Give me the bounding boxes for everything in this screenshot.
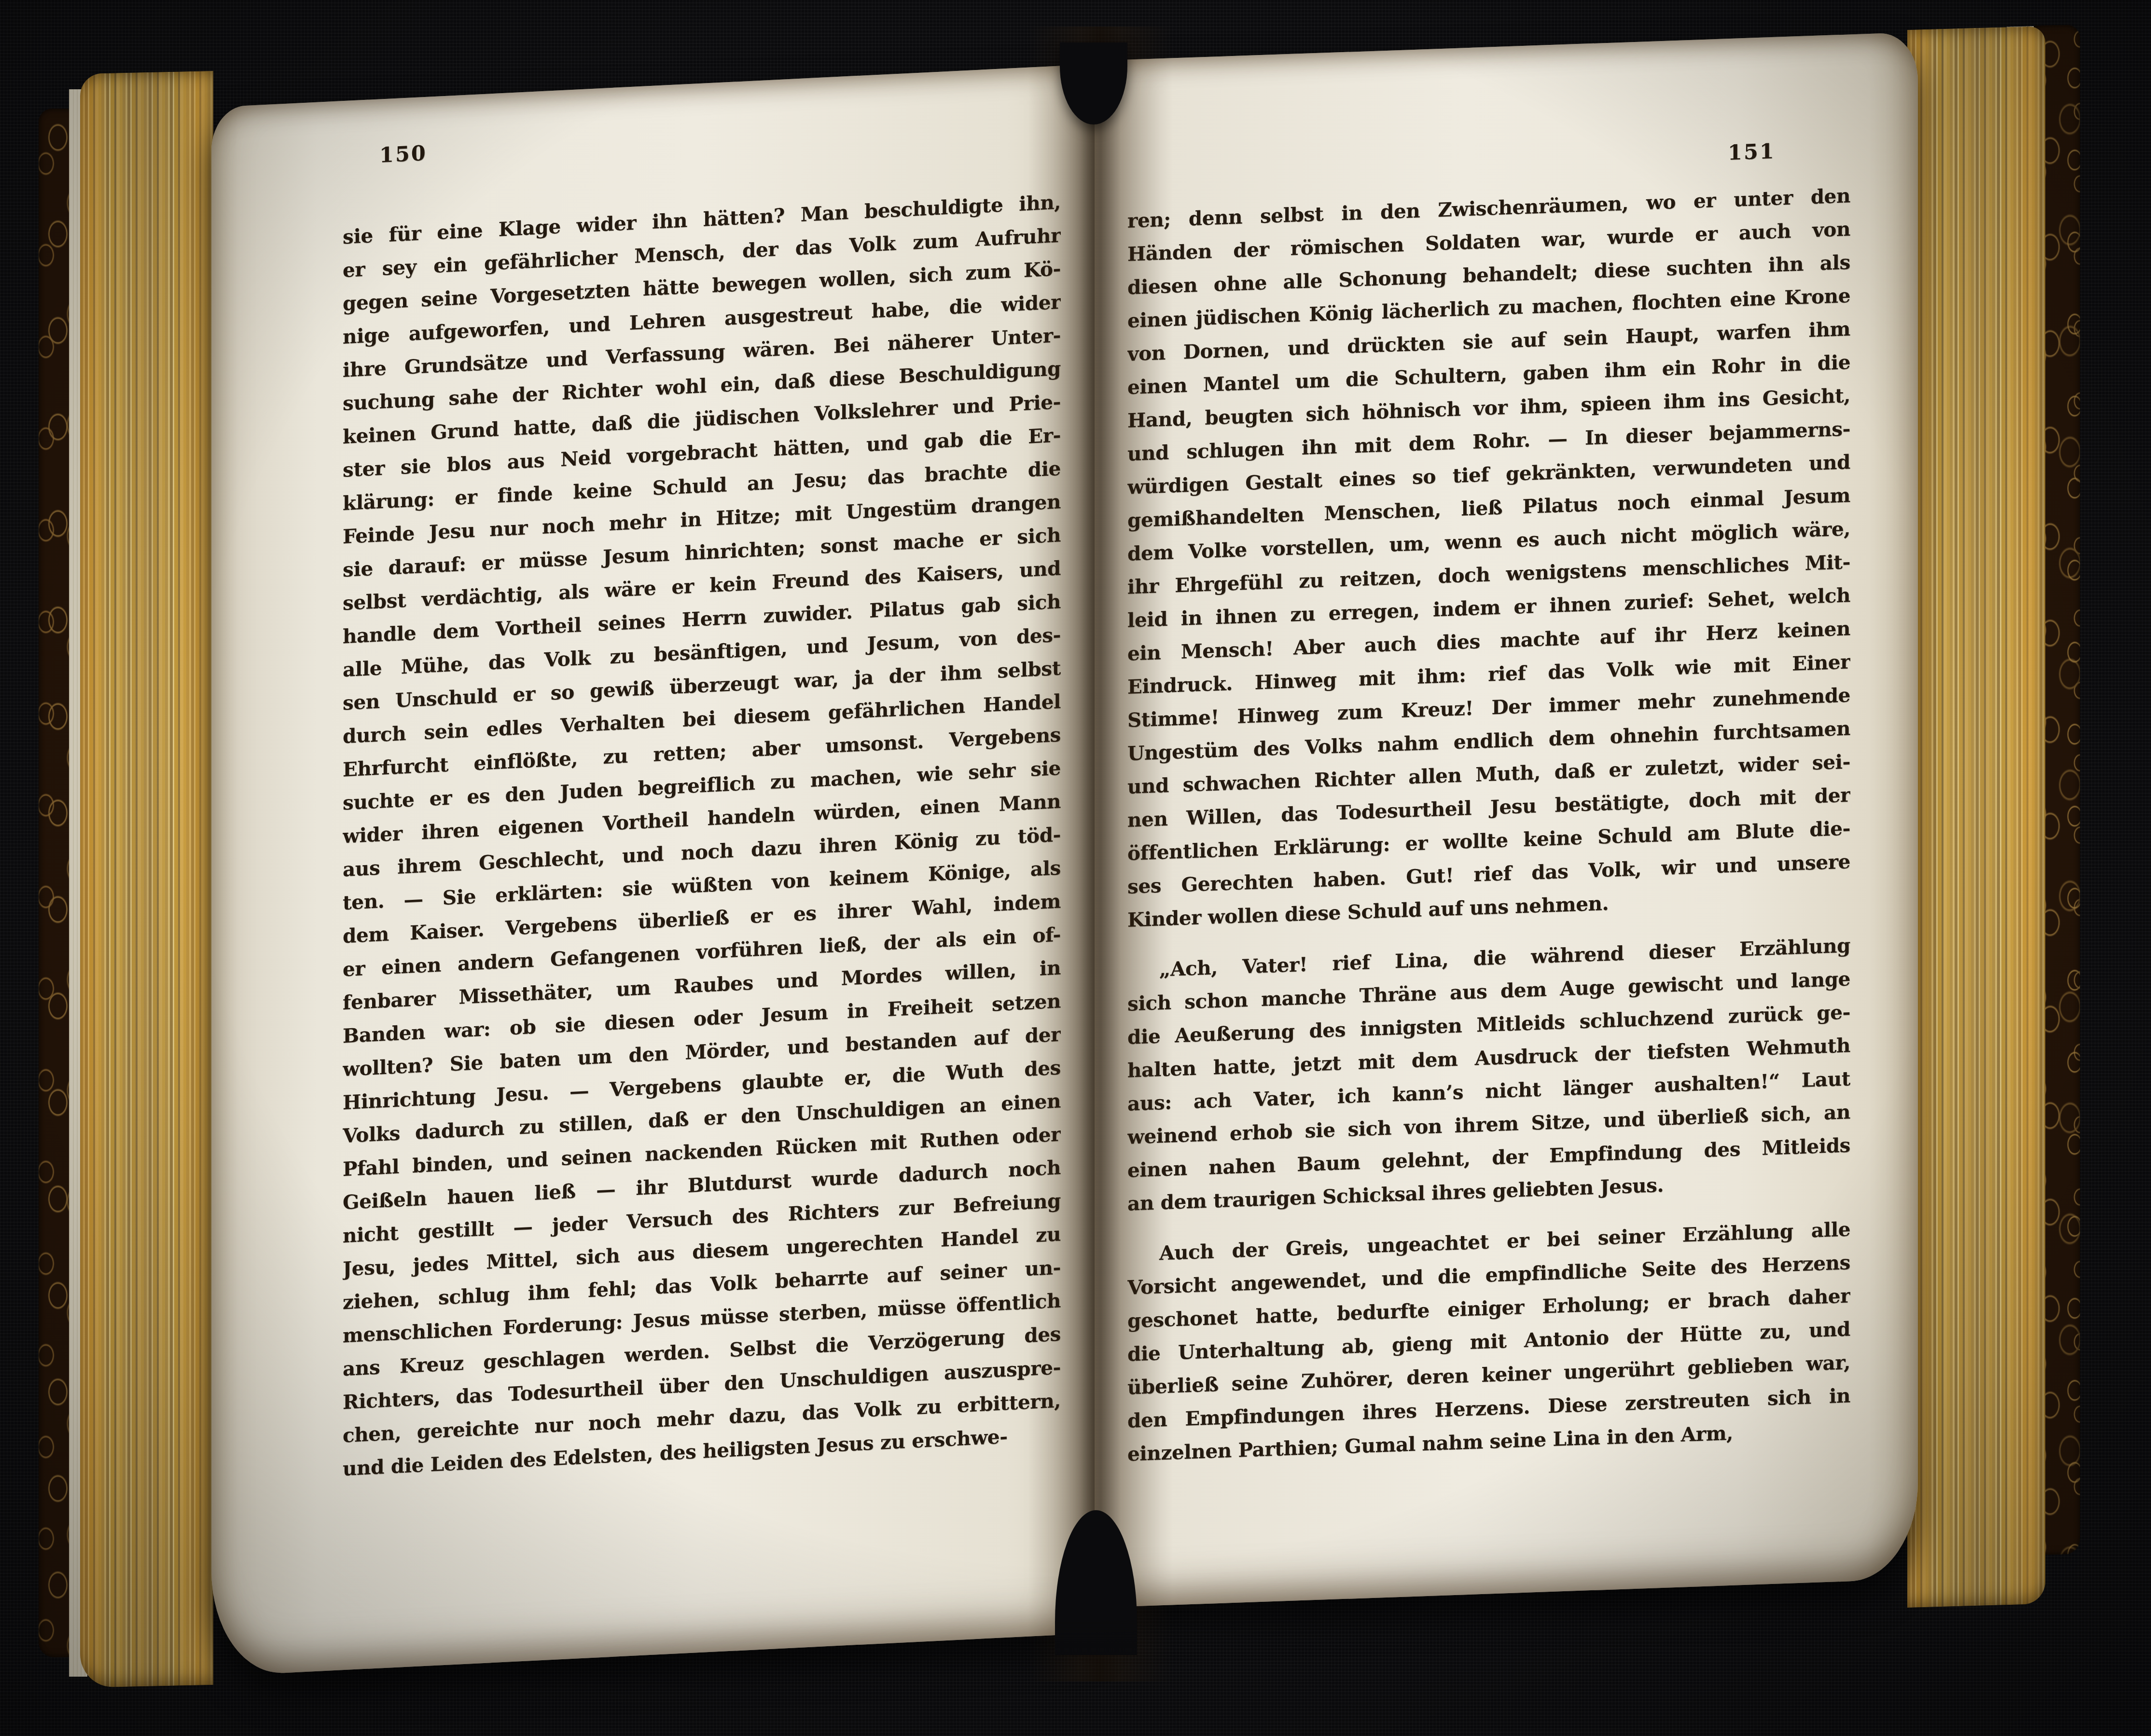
page-number-left: 150 [379,141,427,168]
left-page: 150 sie für eine Klage wider ihn hätten?… [211,64,1095,1677]
left-fore-edge-page-stack [80,71,213,1688]
page-number-right: 151 [1728,139,1776,165]
left-page-text: sie für eine Klage wider ihn hätten? Man… [343,185,1061,1486]
right-fore-edge-page-stack [1907,26,2045,1608]
right-page-text: ren; denn selbst in den Zwischenräumen, … [1127,179,1850,1471]
right-page: 151 ren; denn selbst in den Zwischenräum… [1095,32,1918,1608]
photo-background-cloth: 150 sie für eine Klage wider ihn hätten?… [0,0,2151,1736]
